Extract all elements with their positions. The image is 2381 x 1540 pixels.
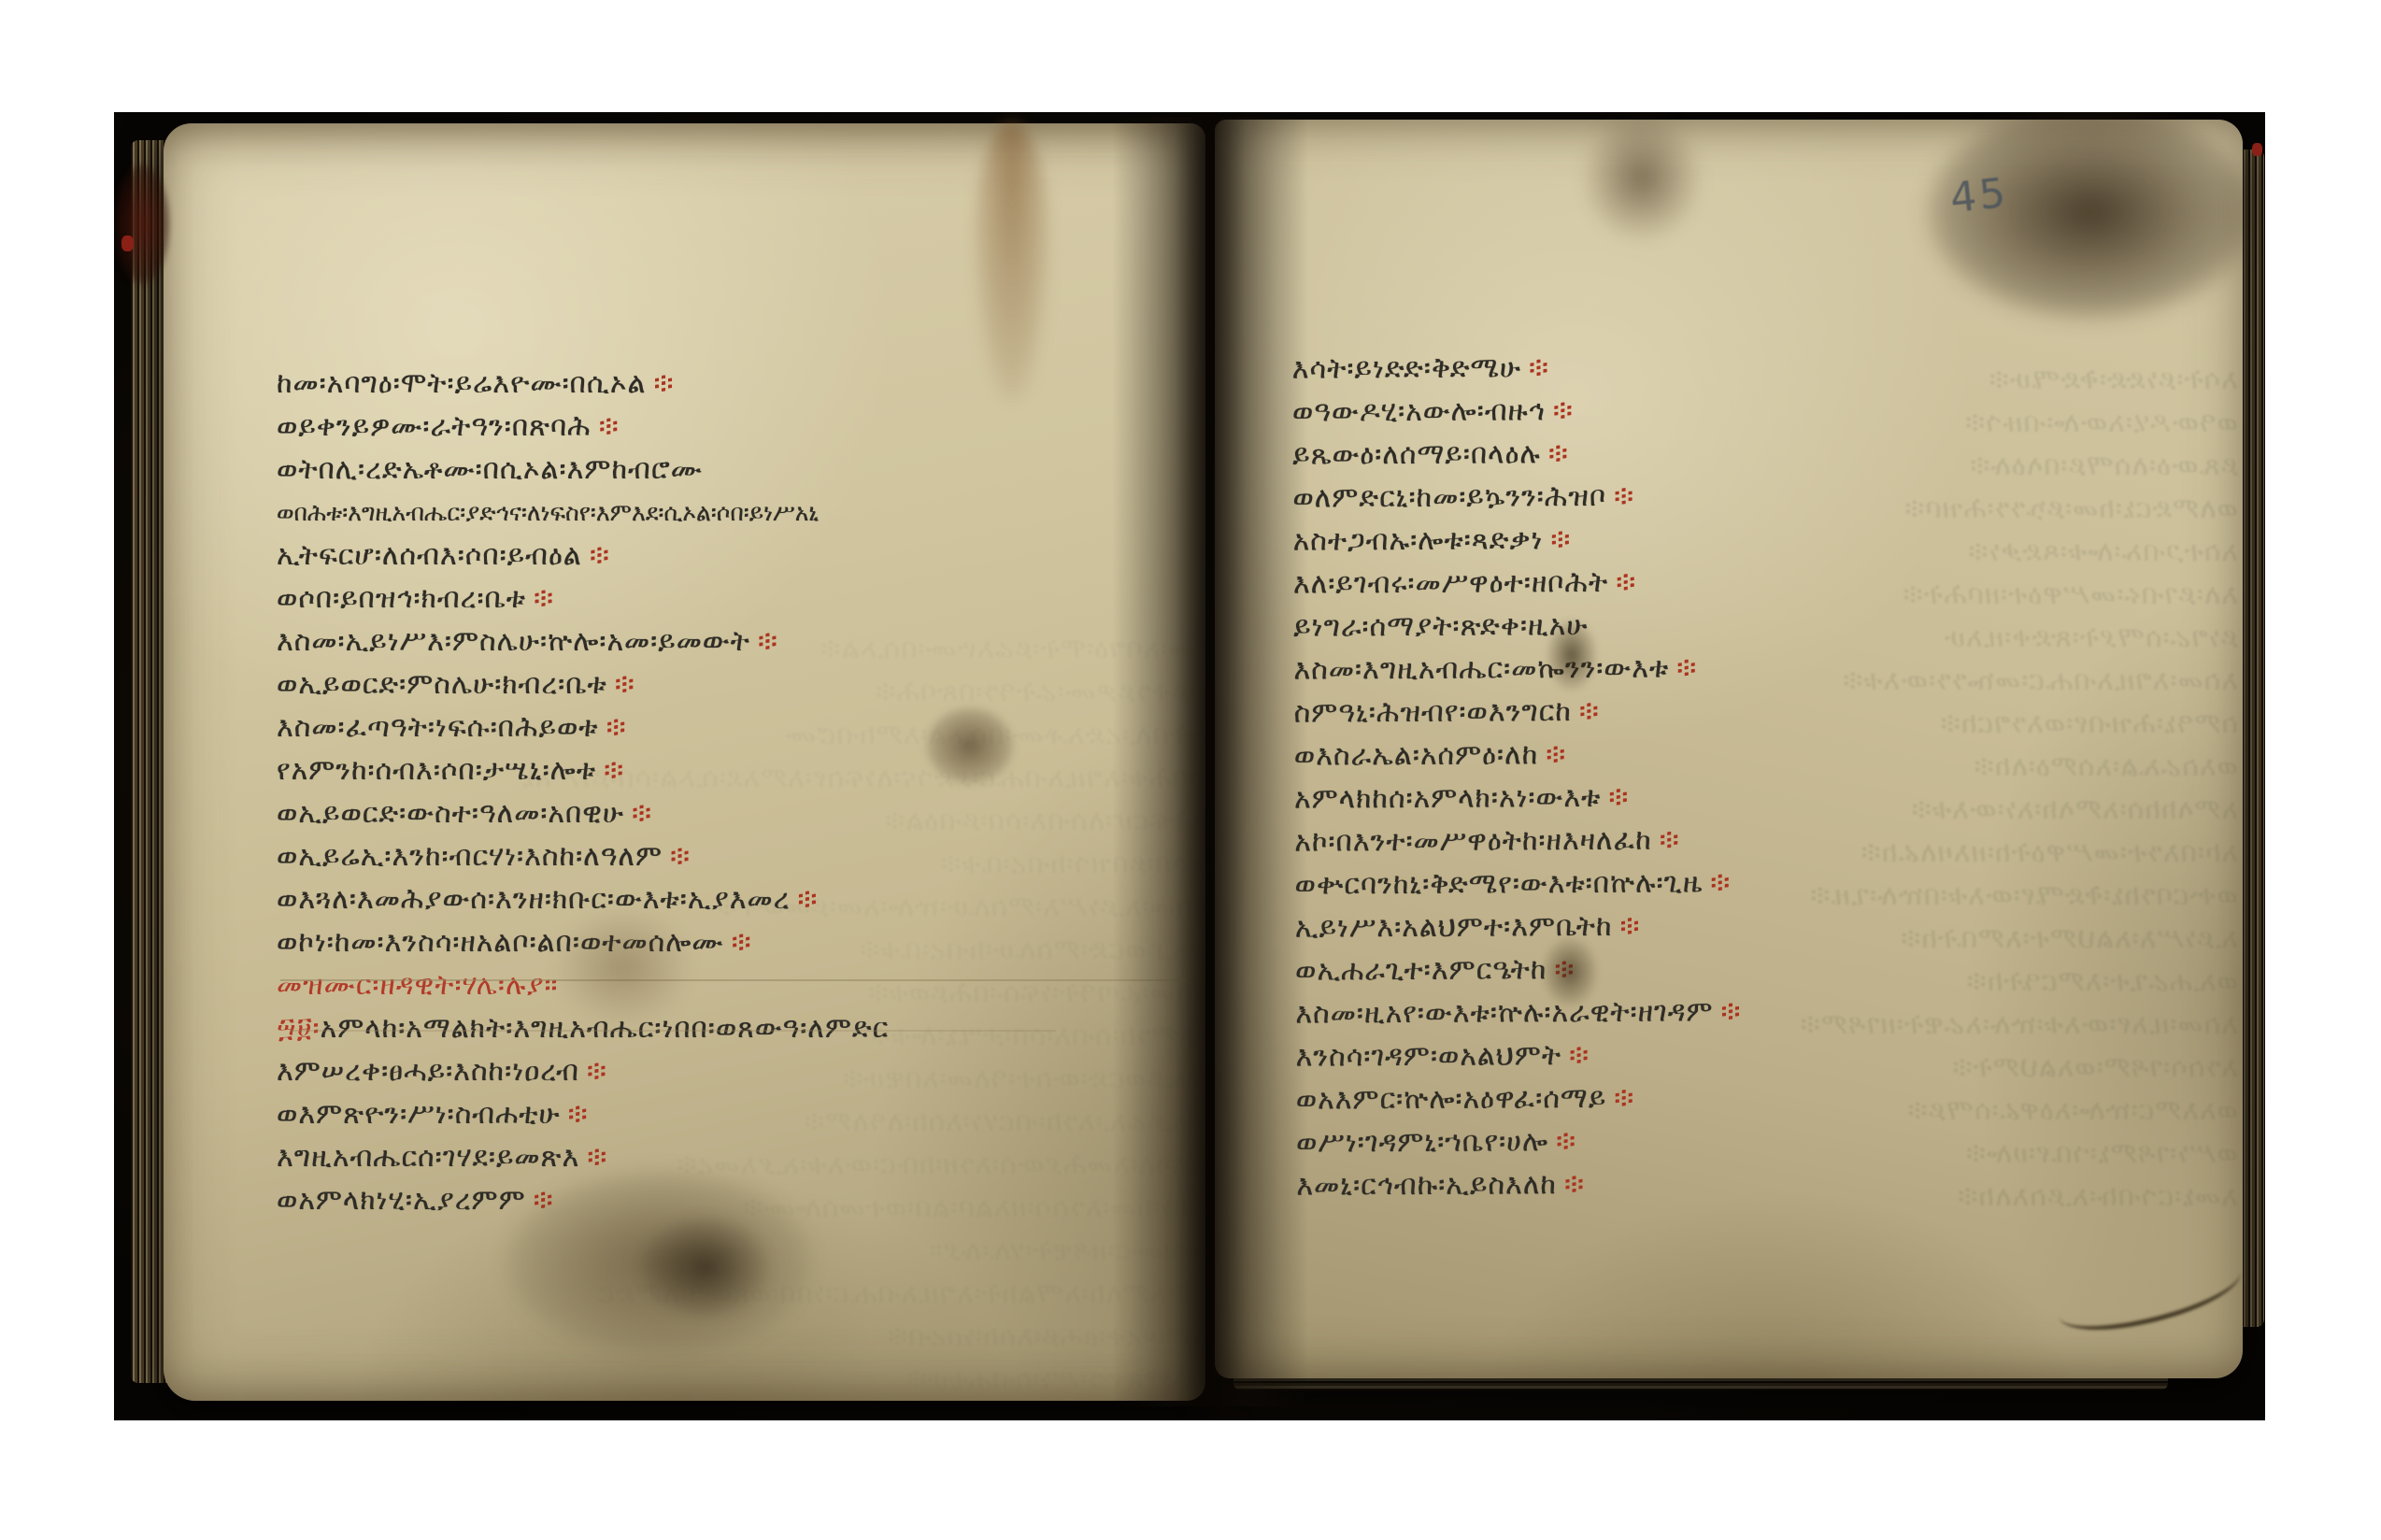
line-text: እምሠረቀ፡ፀሓይ፡እስከ፡ነዐረብ <box>277 1055 579 1088</box>
verse-separator-mark: ፨ <box>568 1098 589 1131</box>
line-text: እስመ፡ዚአየ፡ውእቱ፡ኵሉ፡አራዊት፡ዘገዳም <box>1295 995 1713 1030</box>
verse-separator-mark: ፨ <box>534 582 554 615</box>
text-line: ወበሕቱ፡እግዚአብሔር፡ያድኅና፡ለነፍስየ፡እምእደ፡ሲኦል፡ሶበ፡ይነሥአ… <box>277 492 1205 535</box>
text-line: ወአእምር፡ኵሎ፡አዕዋፈ፡ሰማይ፨ <box>1296 1074 2240 1121</box>
text-line: አስተጋብኡ፡ሎቱ፡ጻድቃነ፨ <box>1293 515 2237 563</box>
ruling-scratch-line <box>280 979 1187 981</box>
binding-thread-speck <box>2252 143 2262 156</box>
left-page-text: ከመ፡አባግዕ፡ሞት፡ይሬእዮሙ፡በሲኦል፨ ወይቀንይዎሙ፡ራትዓን፡በጽባሕ… <box>277 363 1205 1222</box>
line-text: ወኮነ፡ከመ፡እንስሳ፡ዘአልቦ፡ልበ፡ወተመሰሎሙ <box>277 926 724 959</box>
line-text: እንስሳ፡ገዳም፡ወአልህምት <box>1295 1039 1561 1073</box>
line-text: አምላከ፡አማልክት፡እግዚአብሔር፡ነበበ፡ወጸውዓ፡ለምድር <box>321 1012 890 1045</box>
verse-separator-mark: ፨ <box>654 367 675 400</box>
verse-separator-mark: ፨ <box>590 539 610 572</box>
gutter-shadow <box>1112 117 1308 1406</box>
text-line: እስመ፡ፈጣዓት፡ነፍሱ፡በሕይወቱ፨ <box>277 706 1205 749</box>
psalm-number: ፵፱፡ <box>277 1012 321 1045</box>
verse-separator-mark: ፨ <box>1554 953 1575 986</box>
line-text: ወኢሐራጊተ፡እምርዔትከ <box>1295 953 1547 987</box>
verse-separator-mark: ፨ <box>606 711 627 744</box>
verse-separator-mark: ፨ <box>1614 480 1634 513</box>
text-line: ይጼውዕ፡ለሰማይ፡በላዕሉ፨ <box>1292 429 2236 477</box>
line-text: ወአእምር፡ኵሎ፡አዕዋፈ፡ሰማይ <box>1296 1082 1607 1117</box>
text-line: ኢይነሥእ፡አልህምተ፡እምቤትከ፨ <box>1295 902 2239 949</box>
text-line: አኮ፡በእንተ፡መሥዋዕትከ፡ዘእዛለፈከ፨ <box>1294 816 2238 863</box>
verse-separator-mark: ፨ <box>1529 351 1549 384</box>
line-text: ወኢይሬኢ፡እንከ፡ብርሃነ፡እስከ፡ለዓለም <box>277 840 663 873</box>
rubric-text: መዝሙር፡ዘዳዊት፡ሃሌ፡ሉያ። <box>277 969 559 1002</box>
text-line: ወኢይወርድ፡ምስሌሁ፡ክብረ፡ቤቱ፨ <box>277 663 1205 706</box>
text-line: ወለምድርኒ፡ከመ፡ይኴንን፡ሕዝቦ፨ <box>1292 472 2236 520</box>
verse-separator-mark: ፨ <box>670 840 691 873</box>
verse-separator-mark: ፨ <box>1676 651 1697 684</box>
line-text: እስመ፡ኢይነሥእ፡ምስሌሁ፡ኵሎ፡አመ፡ይመውት <box>277 625 750 658</box>
line-text: ወሶበ፡ይበዝኅ፡ክብረ፡ቤቱ <box>277 582 526 615</box>
verse-separator-mark: ፨ <box>1556 1125 1576 1158</box>
line-text: ወእጓለ፡እመሕያውሰ፡እንዘ፡ክቡር፡ውእቱ፡ኢያእመረ <box>277 883 790 916</box>
verse-separator-mark: ፨ <box>1710 866 1731 899</box>
verse-separator-mark: ፨ <box>1564 1168 1585 1201</box>
line-text: ከመ፡አባግዕ፡ሞት፡ይሬእዮሙ፡በሲኦል <box>277 367 647 400</box>
text-line: ከመ፡አባግዕ፡ሞት፡ይሬእዮሙ፡በሲኦል፨ <box>277 363 1205 406</box>
text-line: አምላክከሰ፡አምላክ፡አነ፡ውእቱ፨ <box>1294 773 2238 820</box>
text-line: ወትበሊ፡ረድኤቶሙ፡በሲኦል፡እምከብሮሙ <box>277 449 1205 492</box>
verse-separator-mark: ፨ <box>1550 523 1571 556</box>
verse-separator-mark: ፨ <box>604 754 624 787</box>
verse-separator-mark: ፨ <box>1546 738 1566 771</box>
line-text: ይጼውዕ፡ለሰማይ፡በላዕሉ <box>1292 437 1541 471</box>
text-line: ፵፱፡አምላከ፡አማልክት፡እግዚአብሔር፡ነበበ፡ወጸውዓ፡ለምድር <box>277 1007 1205 1050</box>
verse-separator-mark: ፨ <box>1569 1039 1590 1072</box>
line-text: የአምንከ፡ሰብእ፡ሶበ፡ታሤኒ፡ሎቱ <box>277 754 596 787</box>
verse-separator-mark: ፨ <box>1619 910 1640 943</box>
verse-separator-mark: ፨ <box>1553 394 1574 427</box>
verse-separator-mark: ፨ <box>1720 995 1741 1028</box>
verse-separator-mark: ፨ <box>632 797 652 830</box>
text-line: ወቍርባንከኒ፡ቅድሜየ፡ውእቱ፡በኵሉ፡ጊዜ፨ <box>1294 859 2238 906</box>
verse-separator-mark: ፨ <box>1548 437 1569 470</box>
line-text: እመኒ፡ርኅብኩ፡ኢይስእለከ <box>1296 1168 1557 1202</box>
left-page: ከመ፡አባግዕ፡ሞት፡ይሬእዮሙ፡በሲኦል፨ወይቀንይዎሙ፡ራትዓን፡በጽባሕ፨… <box>164 123 1205 1401</box>
text-line: ስምዓኒ፡ሕዝብየ፡ወእንግርከ፨ <box>1294 687 2238 734</box>
verse-separator-mark: ፨ <box>1579 695 1600 728</box>
line-text: አኮ፡በእንተ፡መሥዋዕትከ፡ዘእዛለፈከ <box>1294 824 1652 859</box>
text-line: እስመ፡ዚአየ፡ውእቱ፡ኵሉ፡አራዊት፡ዘገዳም፨ <box>1295 988 2239 1035</box>
page-number: 45 <box>1948 169 2011 222</box>
line-text: ወለምድርኒ፡ከመ፡ይኴንን፡ሕዝቦ <box>1292 480 1606 515</box>
line-text: እግዚአብሔርሰ፡ገሃደ፡ይመጽእ <box>277 1141 579 1174</box>
text-line: እስመ፡እግዚአብሔር፡መኰንን፡ውእቱ፨ <box>1293 644 2237 692</box>
line-text: እሳት፡ይነድድ፡ቅድሜሁ <box>1292 351 1521 385</box>
line-text: እስመ፡እግዚአብሔር፡መኰንን፡ውእቱ <box>1293 652 1669 687</box>
verse-separator-mark: ፨ <box>599 410 620 443</box>
binding-thread-speck <box>121 235 134 251</box>
text-line: ወእምጽዮን፡ሥነ፡ስብሐቲሁ፨ <box>277 1093 1205 1136</box>
line-text: ወቍርባንከኒ፡ቅድሜየ፡ውእቱ፡በኵሉ፡ጊዜ <box>1295 866 1704 901</box>
text-line: እሳት፡ይነድድ፡ቅድሜሁ፨ <box>1292 343 2236 391</box>
text-line: እስመ፡ኢይነሥእ፡ምስሌሁ፡ኵሎ፡አመ፡ይመውት፨ <box>277 620 1205 663</box>
text-line: የአምንከ፡ሰብእ፡ሶበ፡ታሤኒ፡ሎቱ፨ <box>277 749 1205 792</box>
verse-separator-mark: ፨ <box>758 625 778 658</box>
right-page: እሳት፡ይነድድ፡ቅድሜሁ፨ወዓውዶሂ፡አውሎ፡ብዙኅ፨ይጼውዕ፡ለሰማይ፡በላ… <box>1215 120 2243 1378</box>
text-line: ወይቀንይዎሙ፡ራትዓን፡በጽባሕ፨ <box>277 406 1205 449</box>
line-text: ወይቀንይዎሙ፡ራትዓን፡በጽባሕ <box>277 410 592 443</box>
text-line: ወኢይወርድ፡ውስተ፡ዓለመ፡አበዊሁ፨ <box>277 792 1205 835</box>
line-text: አስተጋብኡ፡ሎቱ፡ጻድቃነ <box>1293 523 1544 557</box>
text-line: ወኮነ፡ከመ፡እንስሳ፡ዘአልቦ፡ልበ፡ወተመሰሎሙ፨ <box>277 921 1205 964</box>
verse-separator-mark: ፨ <box>1660 823 1680 856</box>
verse-separator-mark: ፨ <box>797 883 818 916</box>
line-text: አምላክከሰ፡አምላክ፡አነ፡ውእቱ <box>1294 781 1601 816</box>
line-text: ወሥነ፡ገዳምኒ፡ኀቤየ፡ሀሎ <box>1296 1125 1548 1159</box>
line-text: ወእምጽዮን፡ሥነ፡ስብሐቲሁ <box>277 1098 561 1131</box>
line-text: ወትበሊ፡ረድኤቶሙ፡በሲኦል፡እምከብሮሙ <box>277 453 703 486</box>
line-text: ኢትፍርሆ፡ለሰብእ፡ሶበ፡ይብዕል <box>277 539 582 572</box>
right-page-text: እሳት፡ይነድድ፡ቅድሜሁ፨ ወዓውዶሂ፡አውሎ፡ብዙኅ፨ ይጼውዕ፡ለሰማይ፡… <box>1292 343 2241 1207</box>
text-line: ወሶበ፡ይበዝኅ፡ክብረ፡ቤቱ፨ <box>277 577 1205 620</box>
psalm-heading-rubric: መዝሙር፡ዘዳዊት፡ሃሌ፡ሉያ። <box>277 964 1205 1007</box>
line-text: ኢይነሥእ፡አልህምተ፡እምቤትከ <box>1295 910 1613 945</box>
text-line: እምሠረቀ፡ፀሓይ፡እስከ፡ነዐረብ፨ <box>277 1050 1205 1093</box>
line-text: ይነግራ፡ሰማያት፡ጽድቀ፡ዚአሁ <box>1293 609 1588 644</box>
line-text: ወበሕቱ፡እግዚአብሔር፡ያድኅና፡ለነፍስየ፡እምእደ፡ሲኦል፡ሶበ፡ይነሥአ… <box>277 499 819 526</box>
text-line: ወእስራኤል፡አሰምዕ፡ለከ፨ <box>1294 730 2238 777</box>
text-line: እለ፡ይገብሩ፡መሥዋዕተ፡ዘቦሕት፨ <box>1293 558 2237 606</box>
verse-separator-mark: ፨ <box>587 1141 607 1174</box>
line-text: እስመ፡ፈጣዓት፡ነፍሱ፡በሕይወቱ <box>277 711 599 744</box>
verse-separator-mark: ፨ <box>1608 781 1629 814</box>
text-line: እንስሳ፡ገዳም፡ወአልህምት፨ <box>1295 1031 2239 1078</box>
text-line: ወሥነ፡ገዳምኒ፡ኀቤየ፡ሀሎ፨ <box>1296 1117 2240 1164</box>
text-line: ኢትፍርሆ፡ለሰብእ፡ሶበ፡ይብዕል፨ <box>277 535 1205 577</box>
line-text: እለ፡ይገብሩ፡መሥዋዕተ፡ዘቦሕት <box>1293 566 1609 601</box>
line-text: ስምዓኒ፡ሕዝብየ፡ወእንግርከ <box>1294 695 1572 730</box>
line-text: ወዓውዶሂ፡አውሎ፡ብዙኅ <box>1292 394 1546 428</box>
verse-separator-mark: ፨ <box>732 926 752 959</box>
text-line: ይነግራ፡ሰማያት፡ጽድቀ፡ዚአሁ <box>1293 601 2237 649</box>
manuscript-photo: ከመ፡አባግዕ፡ሞት፡ይሬእዮሙ፡በሲኦል፨ወይቀንይዎሙ፡ራትዓን፡በጽባሕ፨… <box>114 112 2265 1420</box>
text-line: ወአምላክነሂ፡ኢያረምም፨ <box>277 1179 1205 1222</box>
verse-separator-mark: ፨ <box>1614 1082 1634 1115</box>
text-line: እመኒ፡ርኅብኩ፡ኢይስእለከ፨ <box>1296 1160 2240 1207</box>
text-line: ወኢይሬኢ፡እንከ፡ብርሃነ፡እስከ፡ለዓለም፨ <box>277 835 1205 878</box>
verse-separator-mark: ፨ <box>1616 566 1636 599</box>
text-line: ወኢሐራጊተ፡እምርዔትከ፨ <box>1295 945 2239 992</box>
text-line: ወዓውዶሂ፡አውሎ፡ብዙኅ፨ <box>1292 386 2236 434</box>
verse-separator-mark: ፨ <box>615 668 635 701</box>
text-line: ወእጓለ፡እመሕያውሰ፡እንዘ፡ክቡር፡ውእቱ፡ኢያእመረ፨ <box>277 878 1205 921</box>
line-text: ወአምላክነሂ፡ኢያረምም <box>277 1184 526 1217</box>
ruling-scratch-line <box>290 1030 1056 1032</box>
line-text: ወኢይወርድ፡ምስሌሁ፡ክብረ፡ቤቱ <box>277 668 607 701</box>
verse-separator-mark: ፨ <box>534 1184 554 1217</box>
line-text: ወኢይወርድ፡ውስተ፡ዓለመ፡አበዊሁ <box>277 797 624 830</box>
verse-separator-mark: ፨ <box>587 1055 607 1088</box>
line-text: ወእስራኤል፡አሰምዕ፡ለከ <box>1294 738 1539 772</box>
text-line: እግዚአብሔርሰ፡ገሃደ፡ይመጽእ፨ <box>277 1136 1205 1179</box>
